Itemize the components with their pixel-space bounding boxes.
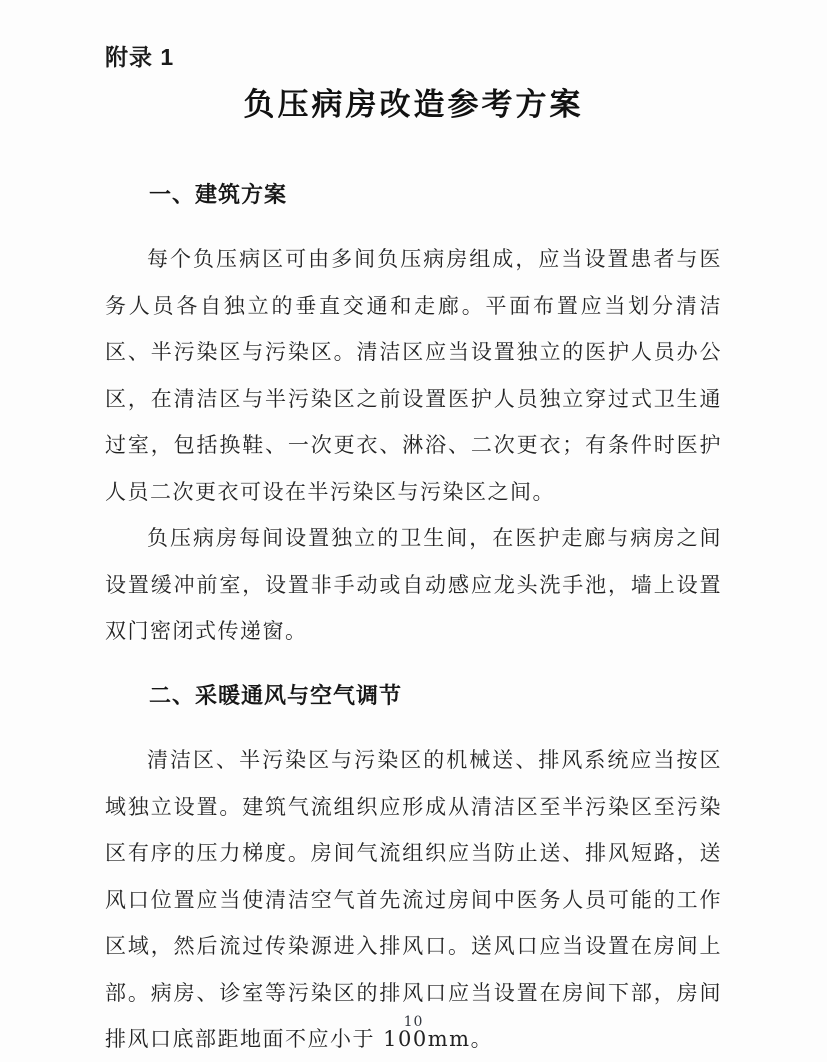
appendix-label: 附录 1 xyxy=(105,40,722,74)
document-title: 负压病房改造参考方案 xyxy=(105,84,722,126)
paragraph-ward-facilities: 负压病房每间设置独立的卫生间，在医护走廊与病房之间设置缓冲前室，设置非手动或自动… xyxy=(105,515,722,655)
paragraph-ward-zones: 每个负压病区可由多间负压病房组成，应当设置患者与医务人员各自独立的垂直交通和走廊… xyxy=(105,236,722,515)
section-heading-building-plan: 一、建筑方案 xyxy=(105,172,722,218)
section-heading-hvac: 二、采暖通风与空气调节 xyxy=(105,673,722,719)
scanned-document-page: 附录 1 负压病房改造参考方案 一、建筑方案 每个负压病区可由多间负压病房组成，… xyxy=(0,0,827,1062)
page-number: 10 xyxy=(0,1014,827,1030)
